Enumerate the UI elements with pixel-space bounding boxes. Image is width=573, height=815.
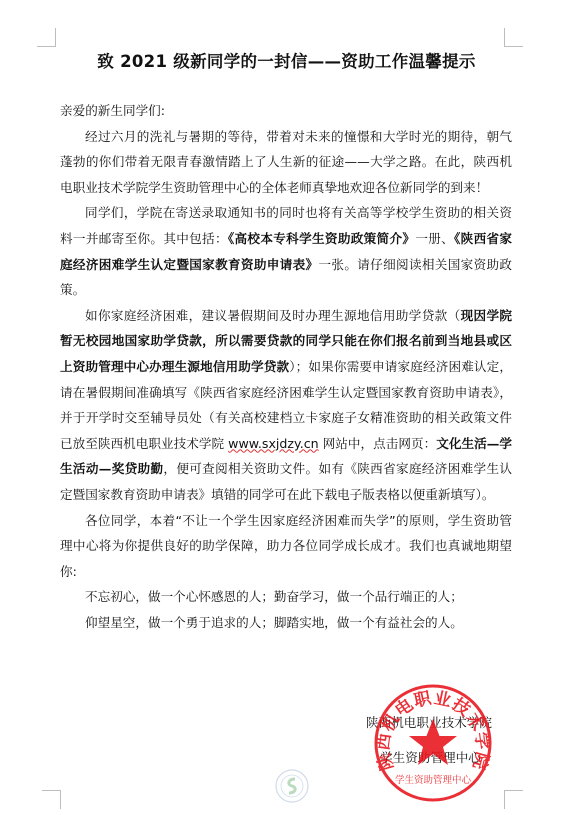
greeting: 亲爱的新生同学们:: [60, 98, 512, 124]
letter-body: 亲爱的新生同学们: 经过六月的洗礼与暑期的等待，带着对未来的憧憬和大学时光的期待…: [60, 98, 512, 635]
document-title: 致 2021 级新同学的一封信——资助工作温馨提示: [0, 48, 573, 72]
text: 如你家庭经济困难，建议暑假期间及时办理生源地信用助学贷款（: [85, 308, 461, 323]
page-corner-mark-top-right: [504, 28, 523, 47]
stamp-inner-text: 学生资助管理中心: [395, 774, 472, 786]
paragraph-principle: 各位同学，本着“不让一个学生因家庭经济困难而失学”的原则，学生资助管理中心将为你…: [60, 508, 512, 585]
motto-line-2: 仰望星空，做一个勇于追求的人；脚踏实地，做一个有益社会的人。: [60, 610, 512, 636]
page-corner-mark-bottom-left: [42, 790, 61, 809]
star-icon: [409, 719, 457, 765]
paragraph-materials: 同学们，学院在寄送录取通知书的同时也将有关高等学校学生资助的相关资料一并邮寄至你…: [60, 200, 512, 302]
paragraph-loan: 如你家庭经济困难，建议暑假期间及时办理生源地信用助学贷款（现因学院暂无校园地国家…: [60, 303, 512, 508]
text: 网站中，点击网页：: [319, 436, 437, 451]
page-corner-mark-top-left: [37, 28, 56, 47]
college-logo-icon: [274, 768, 310, 804]
motto-line-1: 不忘初心，做一个心怀感恩的人；勤奋学习，做一个品行端正的人；: [60, 584, 512, 610]
paragraph-welcome: 经过六月的洗礼与暑期的等待，带着对未来的憧憬和大学时光的期待，朝气蓬勃的你们带着…: [60, 124, 512, 201]
website-link[interactable]: www.sxjdzy.cn: [228, 436, 318, 451]
text: 一册、: [415, 231, 454, 246]
official-seal-stamp: 陕西机电职业技术学院 学生资助管理中心: [373, 683, 493, 803]
policy-brochure-title: 《高校本专科学生资助政策简介》: [228, 231, 415, 246]
page-corner-mark-bottom-right: [504, 790, 523, 809]
